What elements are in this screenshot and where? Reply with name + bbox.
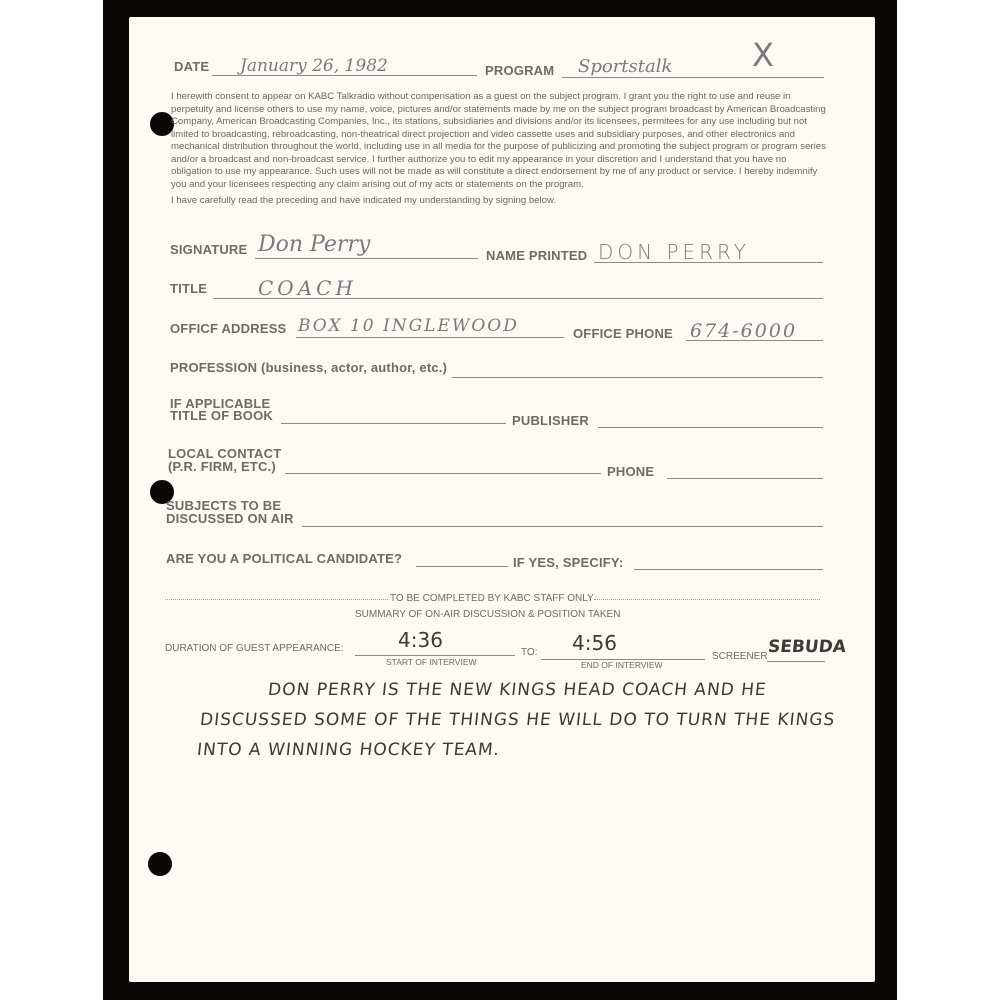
- if-yes-specify-label: IF YES, SPECIFY:: [513, 556, 623, 570]
- end-time-value[interactable]: 4:56: [572, 631, 617, 655]
- subjects-line[interactable]: [302, 526, 823, 527]
- local-contact-line[interactable]: [285, 473, 601, 474]
- staff-divider-left: [165, 599, 388, 600]
- book-label-line2: TITLE OF BOOK: [170, 409, 273, 423]
- signature-label: SIGNATURE: [170, 243, 247, 257]
- title-label: TITLE: [170, 282, 207, 296]
- program-label: PROGRAM: [485, 64, 554, 78]
- program-value[interactable]: Sportstalk: [578, 56, 672, 77]
- name-printed-label: NAME PRINTED: [486, 249, 587, 263]
- office-address-label: OFFICF ADDRESS: [170, 322, 286, 336]
- phone-line[interactable]: [667, 478, 823, 479]
- staff-divider-right: [594, 599, 820, 600]
- local-contact-label-line2: (P.R. FIRM, ETC.): [168, 460, 276, 474]
- signature-line: [255, 258, 478, 259]
- screener-label: SCREENER: [712, 651, 768, 662]
- start-time-value[interactable]: 4:36: [398, 628, 443, 652]
- staff-only-header: TO BE COMPLETED BY KABC STAFF ONLY: [390, 593, 594, 604]
- consent-text: I herewith consent to appear on KABC Tal…: [171, 91, 829, 191]
- summary-header: SUMMARY OF ON-AIR DISCUSSION & POSITION …: [355, 609, 620, 620]
- publisher-label: PUBLISHER: [512, 414, 589, 428]
- office-phone-value[interactable]: 674-6000: [690, 320, 797, 342]
- office-address-value[interactable]: BOX 10 INGLEWOOD: [298, 316, 519, 336]
- name-printed-value[interactable]: DON PERRY: [598, 240, 750, 264]
- signature-value[interactable]: Don Perry: [258, 232, 370, 257]
- date-value[interactable]: January 26, 1982: [240, 56, 388, 76]
- office-address-line: [296, 337, 564, 338]
- screener-line: [767, 661, 825, 662]
- punch-hole-bottom: [148, 852, 172, 876]
- book-title-line[interactable]: [281, 423, 506, 424]
- summary-line-1: DON PERRY IS THE NEW KINGS HEAD COACH AN…: [267, 680, 768, 700]
- end-caption: END OF INTERVIEW: [581, 660, 663, 670]
- date-label: DATE: [174, 60, 209, 74]
- program-line: [562, 77, 824, 78]
- consent-paragraph: I herewith consent to appear on KABC Tal…: [171, 91, 829, 208]
- phone-label: PHONE: [607, 465, 654, 479]
- start-caption: START OF INTERVIEW: [386, 657, 477, 667]
- summary-line-3: INTO A WINNING HOCKEY TEAM.: [196, 740, 501, 760]
- program-check-mark: X: [752, 36, 774, 74]
- political-candidate-label: ARE YOU A POLITICAL CANDIDATE?: [166, 552, 402, 566]
- to-label: TO:: [521, 647, 537, 658]
- profession-label: PROFESSION (business, actor, author, etc…: [170, 361, 447, 375]
- office-phone-label: OFFICE PHONE: [573, 327, 673, 341]
- political-candidate-line[interactable]: [416, 566, 508, 567]
- start-time-line: [355, 655, 515, 656]
- acknowledgement-text: I have carefully read the preceding and …: [171, 195, 829, 208]
- summary-line-2: DISCUSSED SOME OF THE THINGS HE WILL DO …: [199, 710, 836, 730]
- publisher-line[interactable]: [598, 427, 823, 428]
- profession-line[interactable]: [452, 377, 823, 378]
- screener-value[interactable]: SEBUDA: [767, 637, 847, 657]
- duration-label: DURATION OF GUEST APPEARANCE:: [165, 643, 344, 654]
- title-value[interactable]: COACH: [258, 276, 357, 300]
- if-yes-specify-line[interactable]: [634, 569, 823, 570]
- subjects-label-line2: DISCUSSED ON AIR: [166, 512, 294, 526]
